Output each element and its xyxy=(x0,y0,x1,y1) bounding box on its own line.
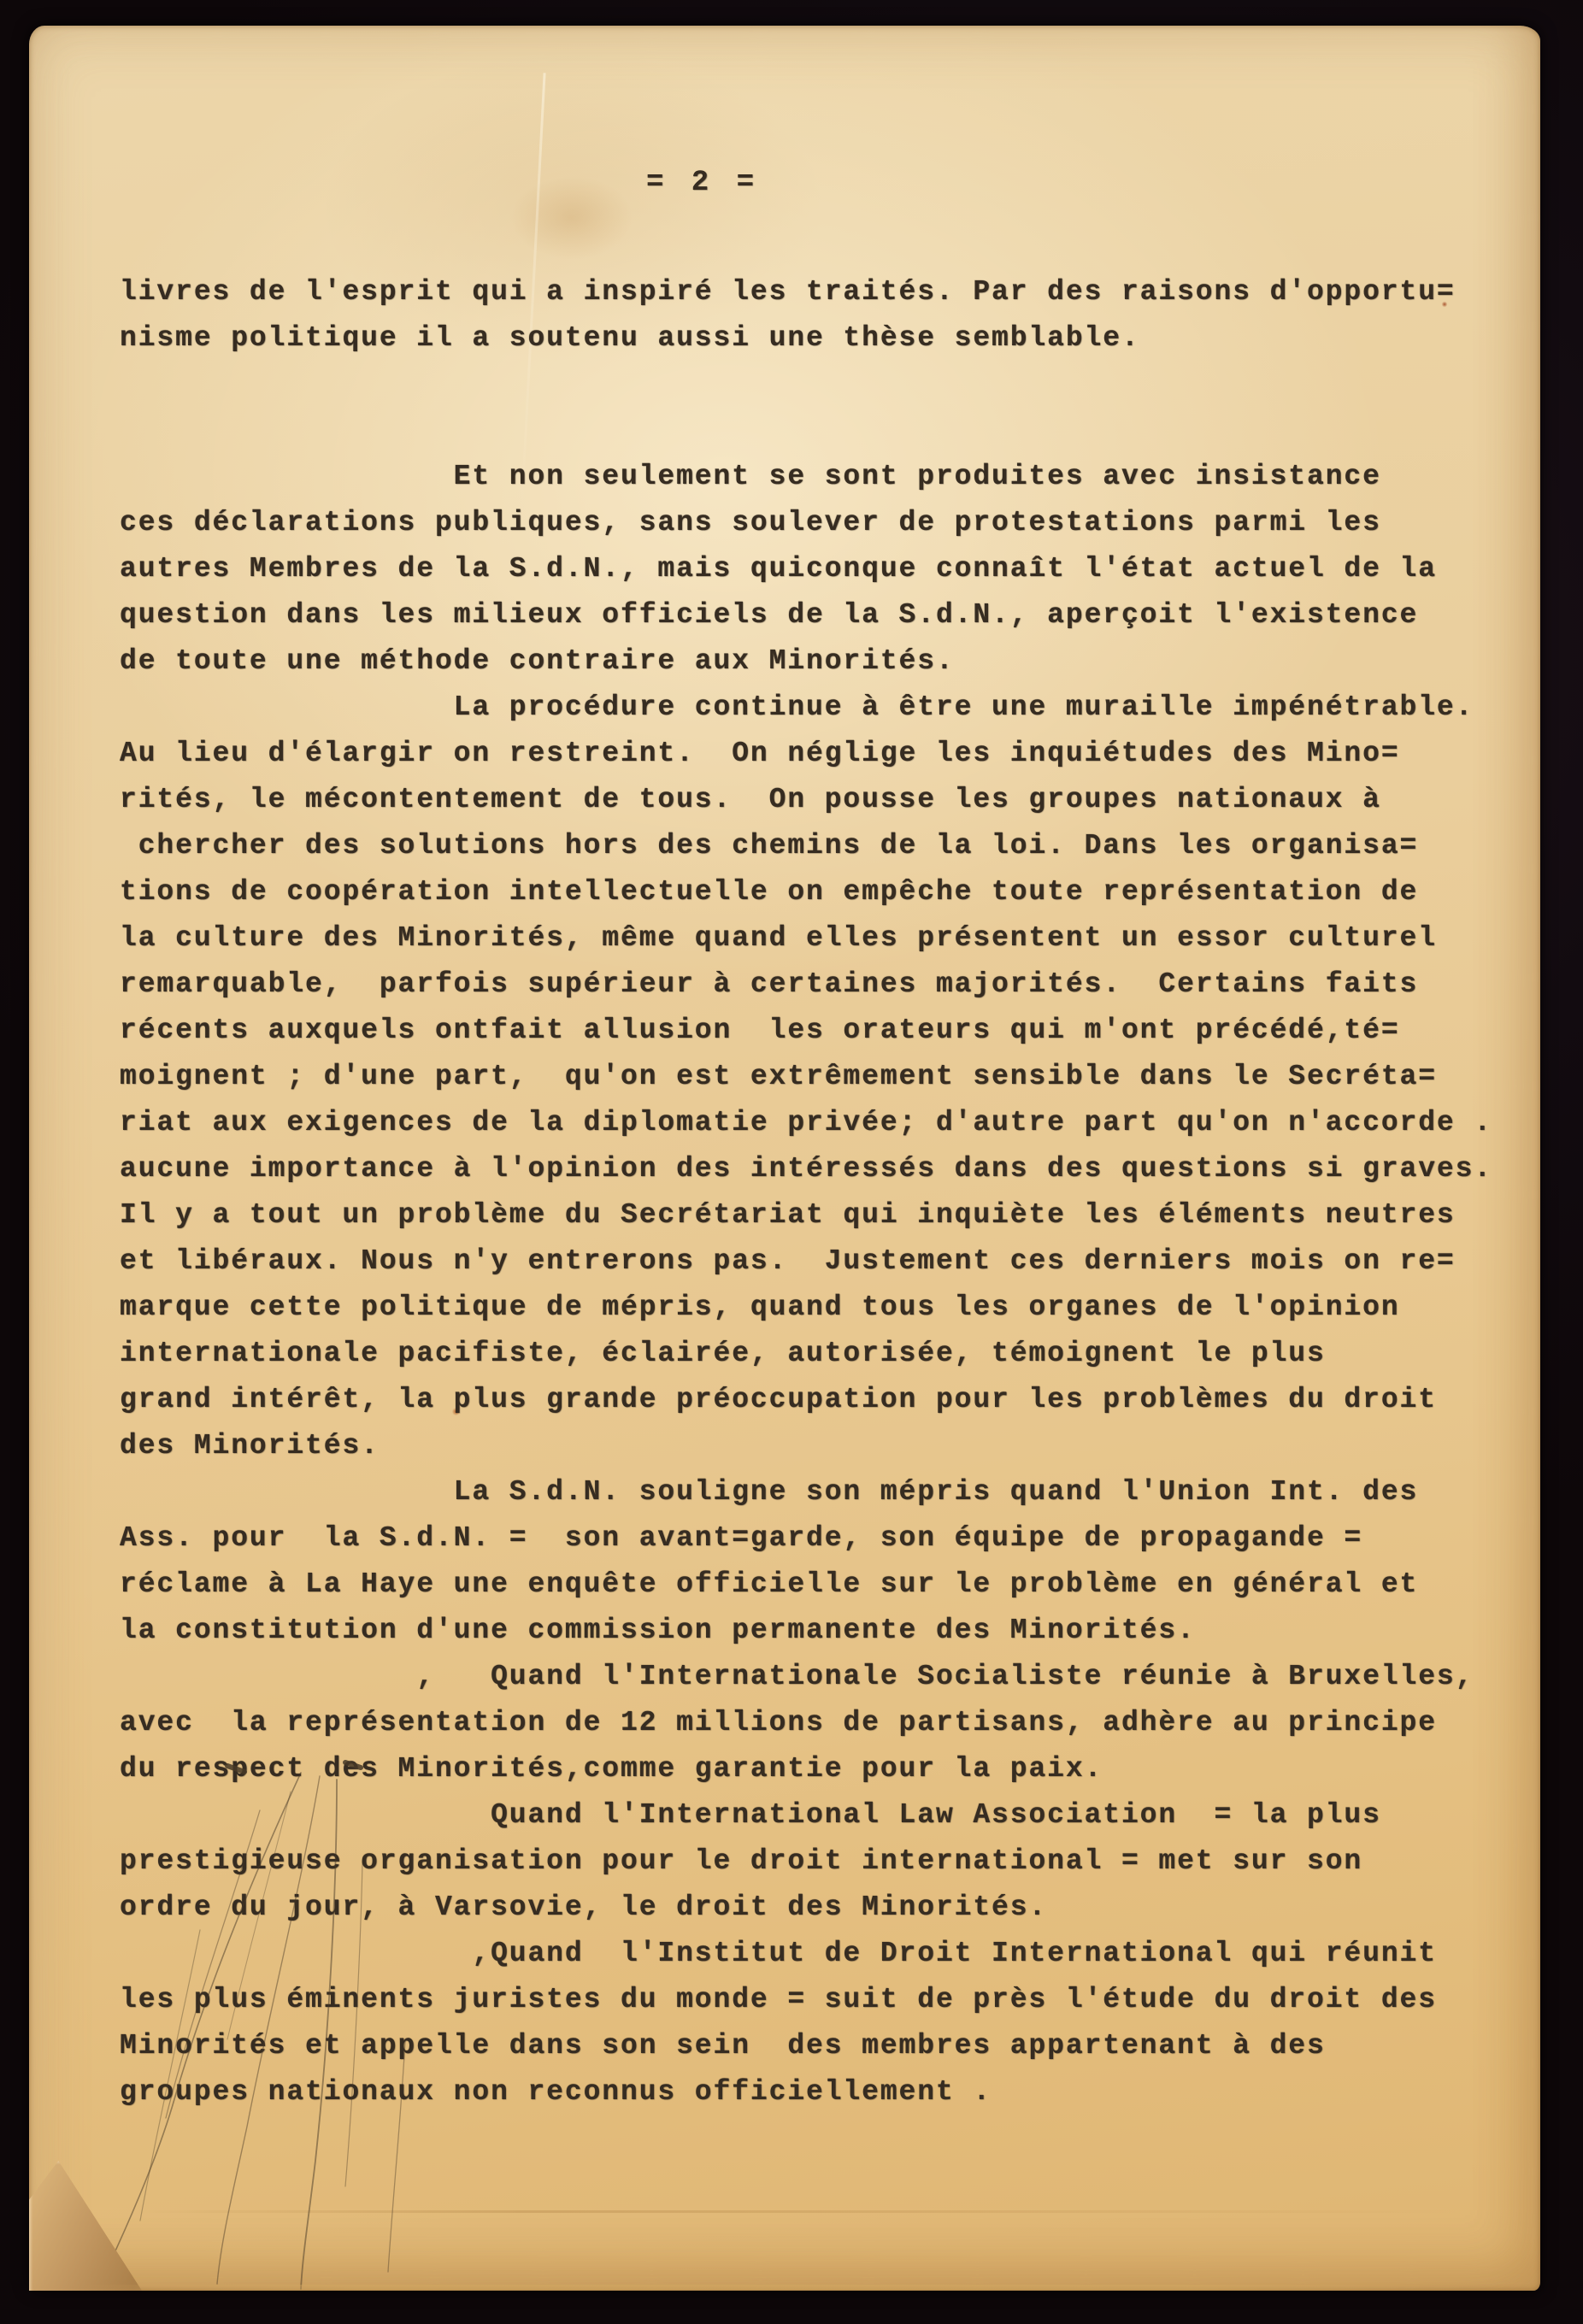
text-line: les plus éminents juristes du monde = su… xyxy=(120,1977,1539,2023)
page-number: = 2 = xyxy=(646,166,759,200)
text-line: question dans les milieux officiels de l… xyxy=(120,592,1539,638)
text-line: du respect des Minorités,comme garantie … xyxy=(120,1746,1539,1792)
text-line: groupes nationaux non reconnus officiell… xyxy=(120,2069,1539,2115)
text-line: internationale pacifiste, éclairée, auto… xyxy=(120,1331,1539,1377)
text-line: Minorités et appelle dans son sein des m… xyxy=(120,2023,1539,2069)
text-line: grand intérêt, la plus grande préoccupat… xyxy=(120,1377,1539,1423)
text-line: livres de l'esprit qui a inspiré les tra… xyxy=(120,269,1539,315)
text-line: la culture des Minorités, même quand ell… xyxy=(120,915,1539,962)
text-line: la constitution d'une commission permane… xyxy=(120,1608,1539,1654)
text-line: aucune importance à l'opinion des intére… xyxy=(120,1146,1539,1192)
text-line: Quand l'International Law Association = … xyxy=(120,1792,1539,1839)
paper-crease xyxy=(132,2210,1465,2213)
document-text: livres de l'esprit qui a inspiré les tra… xyxy=(120,269,1539,2115)
document-page: = 2 = livres de l'esprit qui a inspiré l… xyxy=(29,26,1540,2291)
text-line: rités, le mécontentement de tous. On pou… xyxy=(120,777,1539,823)
scan-background: = 2 = livres de l'esprit qui a inspiré l… xyxy=(0,0,1583,2324)
text-line: de toute une méthode contraire aux Minor… xyxy=(120,638,1539,685)
text-line: des Minorités. xyxy=(120,1423,1539,1469)
text-line xyxy=(120,408,1539,454)
text-line: Il y a tout un problème du Secrétariat q… xyxy=(120,1192,1539,1238)
text-line: avec la représentation de 12 millions de… xyxy=(120,1700,1539,1746)
text-line: autres Membres de la S.d.N., mais quicon… xyxy=(120,546,1539,592)
text-line: Et non seulement se sont produites avec … xyxy=(120,454,1539,500)
text-line: récents auxquels ontfait allusion les or… xyxy=(120,1008,1539,1054)
text-line: , Quand l'Internationale Socialiste réun… xyxy=(120,1654,1539,1700)
text-line: riat aux exigences de la diplomatie priv… xyxy=(120,1100,1539,1146)
text-line: Au lieu d'élargir on restreint. On négli… xyxy=(120,731,1539,777)
text-line xyxy=(120,362,1539,408)
text-line: ordre du jour, à Varsovie, le droit des … xyxy=(120,1885,1539,1931)
dog-ear-fold xyxy=(29,2161,142,2291)
text-line: remarquable, parfois supérieur à certain… xyxy=(120,962,1539,1008)
text-line: réclame à La Haye une enquête officielle… xyxy=(120,1562,1539,1608)
text-line: ,Quand l'Institut de Droit International… xyxy=(120,1931,1539,1977)
paper-bottom-edge xyxy=(80,2285,1465,2290)
text-line: moignent ; d'une part, qu'on est extrême… xyxy=(120,1054,1539,1100)
text-line: ces déclarations publiques, sans souleve… xyxy=(120,500,1539,546)
text-line: Ass. pour la S.d.N. = son avant=garde, s… xyxy=(120,1515,1539,1562)
text-line: La S.d.N. souligne son mépris quand l'Un… xyxy=(120,1469,1539,1515)
paper-stain xyxy=(491,162,653,274)
text-line: chercher des solutions hors des chemins … xyxy=(120,823,1539,869)
text-line: La procédure continue à être une muraill… xyxy=(120,685,1539,731)
text-line: et libéraux. Nous n'y entrerons pas. Jus… xyxy=(120,1238,1539,1285)
text-line: tions de coopération intellectuelle on e… xyxy=(120,869,1539,915)
text-line: nisme politique il a soutenu aussi une t… xyxy=(120,315,1539,362)
text-line: marque cette politique de mépris, quand … xyxy=(120,1285,1539,1331)
text-line: prestigieuse organisation pour le droit … xyxy=(120,1839,1539,1885)
